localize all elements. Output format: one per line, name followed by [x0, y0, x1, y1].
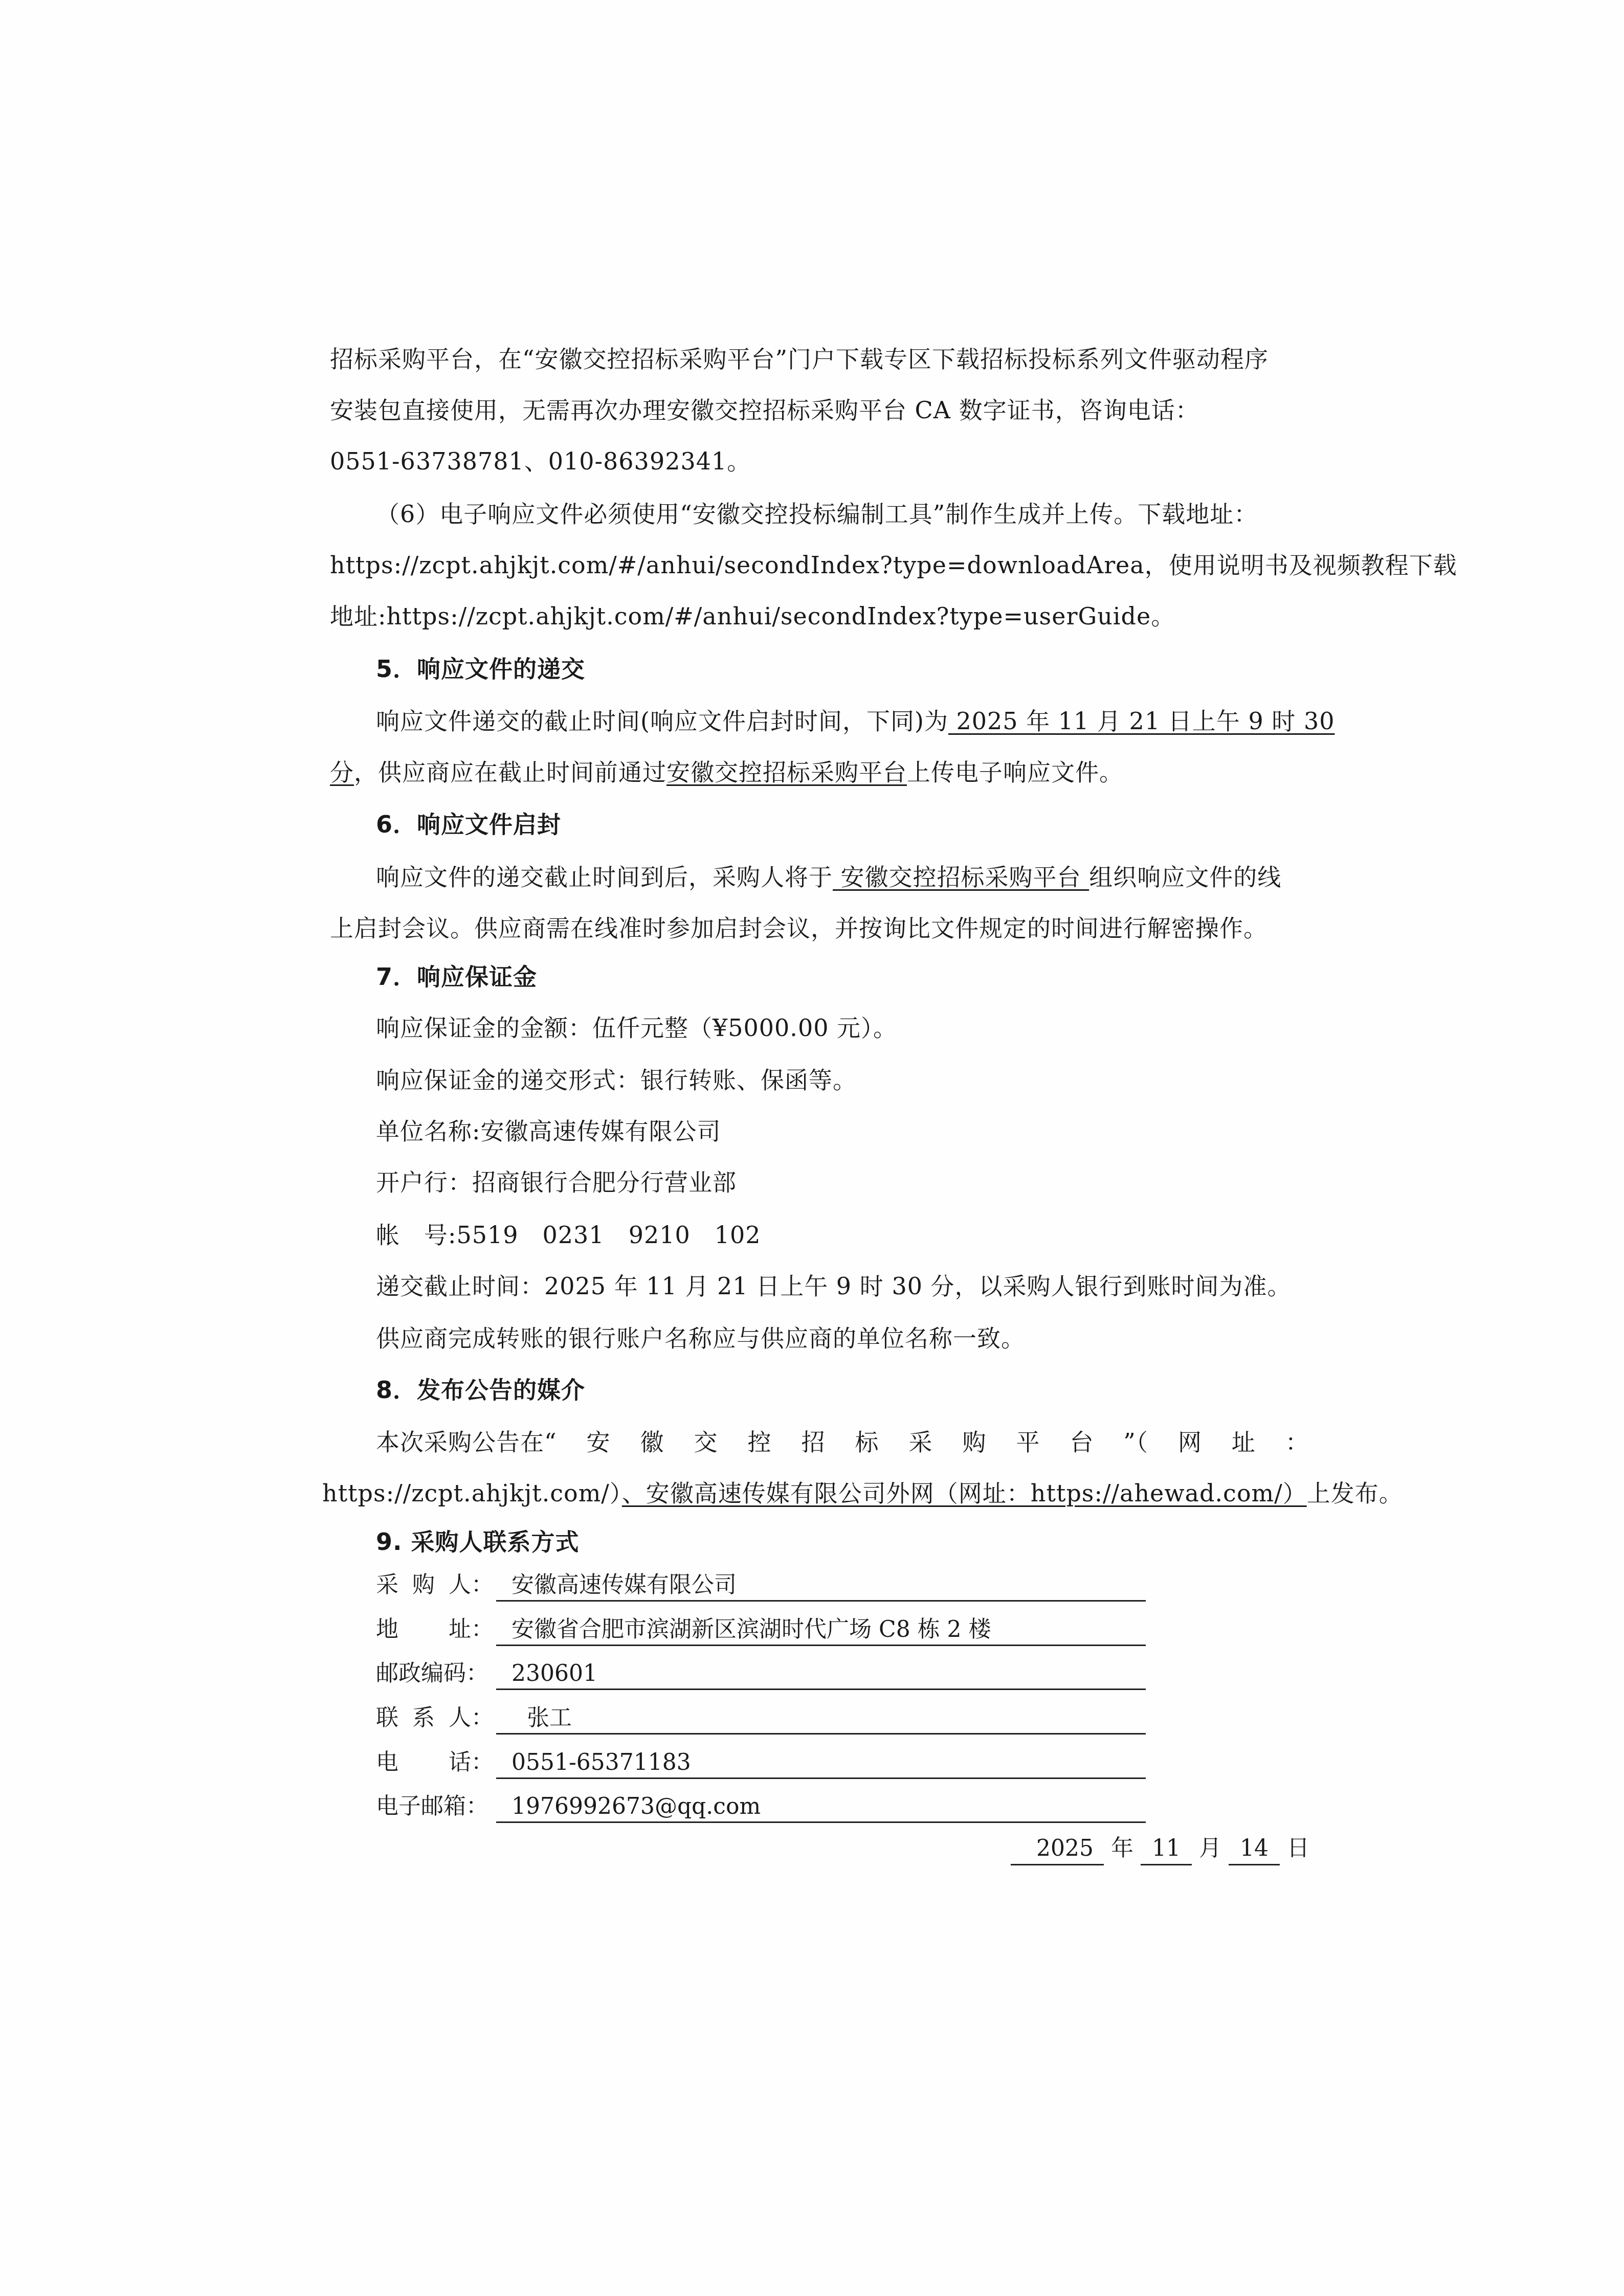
item6-line-1: （6）电子响应文件必须使用“安徽交控投标编制工具”制作生成并上传。下载地址：: [376, 499, 1309, 529]
phone-value: 0551-65371183: [496, 1747, 1146, 1779]
section6-line-2: 上启封会议。供应商需在线准时参加启封会议，并按询比文件规定的时间进行解密操作。: [330, 913, 1309, 943]
media-char: 台: [1070, 1427, 1094, 1457]
section9-heading: 9. 采购人联系方式: [376, 1526, 1355, 1557]
section5-deadline: 2025 年 11 月 21 日上午 9 时 30: [948, 707, 1335, 735]
media-char: 标: [855, 1427, 879, 1457]
field-label: 地址：: [376, 1614, 494, 1645]
date-year-unit: 年: [1111, 1835, 1133, 1861]
item6-line-2: https://zcpt.ahjkjt.com/#/anhui/secondIn…: [330, 550, 1309, 580]
company-site-url: 、安徽高速传媒有限公司外网（网址：https://ahewad.com/）: [622, 1479, 1307, 1507]
media-char: 招: [801, 1427, 825, 1457]
field-label: 电子邮箱：: [376, 1791, 494, 1822]
deposit-method: 响应保证金的递交形式：银行转账、保函等。: [376, 1065, 1309, 1095]
contact-value: 张工: [496, 1703, 1146, 1735]
section6-platform: 安徽交控招标采购平台: [833, 863, 1089, 891]
section5-line-1: 响应文件递交的截止时间(响应文件启封时间，下同)为 2025 年 11 月 21…: [376, 706, 1309, 736]
section8-line-2: https://zcpt.ahjkjt.com/）、安徽高速传媒有限公司外网（网…: [322, 1478, 1302, 1509]
section5-deadline-cont: 分: [330, 758, 354, 786]
email-value: 1976992673@qq.com: [496, 1791, 1146, 1823]
section5-heading: 5．响应文件的递交: [376, 654, 1355, 684]
media-char: 址: [1232, 1427, 1256, 1457]
media-char: 安: [587, 1427, 611, 1457]
section6-line-1: 响应文件的递交截止时间到后，采购人将于 安徽交控招标采购平台 组织响应文件的线: [376, 862, 1309, 892]
signature-date: 2025 年 11 月 14 日: [1011, 1833, 1309, 1865]
section8-heading: 8．发布公告的媒介: [376, 1375, 1355, 1405]
section5-line-2: 分，供应商应在截止时间前通过安徽交控招标采购平台上传电子响应文件。: [330, 757, 1309, 787]
address-value: 安徽省合肥市滨湖新区滨湖时代广场 C8 栋 2 楼: [496, 1614, 1146, 1646]
intro-line-2: 安装包直接使用，无需再次办理安徽交控招标采购平台 CA 数字证书，咨询电话：: [330, 395, 1309, 425]
field-contact: 联系人： 张工: [376, 1703, 1159, 1734]
section8-line2-end: 上发布。: [1307, 1479, 1403, 1507]
field-email: 电子邮箱： 1976992673@qq.com: [376, 1791, 1159, 1822]
field-postcode: 邮政编码： 230601: [376, 1658, 1159, 1689]
purchaser-value: 安徽高速传媒有限公司: [496, 1570, 1146, 1602]
field-label: 采购人：: [376, 1570, 494, 1601]
document-page: 招标采购平台，在“安徽交控招标采购平台”门户下载专区下载招标投标系列文件驱动程序…: [0, 0, 1624, 2296]
section8-line-1: 本次采购公告在“ 安 徽 交 控 招 标 采 购 平 台 ”（ 网 址 ：: [376, 1427, 1309, 1457]
field-phone: 电话： 0551-65371183: [376, 1747, 1159, 1778]
media-char: 网: [1178, 1427, 1202, 1457]
item6-line-3: 地址:https://zcpt.ahjkjt.com/#/anhui/secon…: [330, 601, 1309, 632]
media-char: 控: [747, 1427, 771, 1457]
field-label: 电话：: [376, 1747, 494, 1778]
section5-line2-end: 上传电子响应文件。: [907, 758, 1123, 786]
date-day-unit: 日: [1287, 1835, 1309, 1861]
account-name: 单位名称:安徽高速传媒有限公司: [376, 1116, 1309, 1146]
section6-heading: 6．响应文件启封: [376, 809, 1355, 840]
media-char: 交: [694, 1427, 718, 1457]
deposit-deadline: 递交截止时间：2025 年 11 月 21 日上午 9 时 30 分，以采购人银…: [376, 1271, 1309, 1301]
field-address: 地址： 安徽省合肥市滨湖新区滨湖时代广场 C8 栋 2 楼: [376, 1614, 1159, 1645]
field-label: 联系人：: [376, 1703, 494, 1734]
intro-line-3: 0551-63738781、010-86392341。: [330, 446, 1309, 477]
media-char: ”（: [1123, 1427, 1148, 1457]
date-day: 14: [1229, 1833, 1280, 1865]
section5-line2-text: ，供应商应在截止时间前通过: [354, 758, 666, 786]
deposit-amount: 响应保证金的金额：伍仟元整（¥5000.00 元）。: [376, 1012, 1309, 1043]
section6-line1-end: 组织响应文件的线: [1089, 863, 1281, 891]
media-char: 购: [962, 1427, 986, 1457]
section5-line1-text: 响应文件递交的截止时间(响应文件启封时间，下同)为: [376, 707, 948, 735]
section7-heading: 7．响应保证金: [376, 961, 1355, 992]
deposit-note: 供应商完成转账的银行账户名称应与供应商的单位名称一致。: [376, 1323, 1309, 1354]
platform-url: https://zcpt.ahjkjt.com/）: [322, 1479, 622, 1507]
media-char: 徽: [640, 1427, 664, 1457]
bank-name: 开户行：招商银行合肥分行营业部: [376, 1167, 1309, 1198]
section5-platform: 安徽交控招标采购平台: [666, 758, 907, 786]
date-month-unit: 月: [1199, 1835, 1221, 1861]
date-year: 2025: [1011, 1833, 1104, 1865]
section6-line1-text: 响应文件的递交截止时间到后，采购人将于: [376, 863, 833, 891]
postcode-value: 230601: [496, 1658, 1146, 1690]
intro-line-1: 招标采购平台，在“安徽交控招标采购平台”门户下载专区下载招标投标系列文件驱动程序: [330, 344, 1309, 374]
media-char: 采: [908, 1427, 932, 1457]
date-month: 11: [1141, 1833, 1192, 1865]
field-label: 邮政编码：: [376, 1658, 494, 1689]
account-number: 帐 号:5519 0231 9210 102: [376, 1220, 1309, 1250]
media-char: ：: [1285, 1427, 1309, 1457]
field-purchaser: 采购人： 安徽高速传媒有限公司: [376, 1570, 1159, 1601]
media-text: 本次采购公告在“: [376, 1427, 557, 1457]
media-char: 平: [1016, 1427, 1040, 1457]
